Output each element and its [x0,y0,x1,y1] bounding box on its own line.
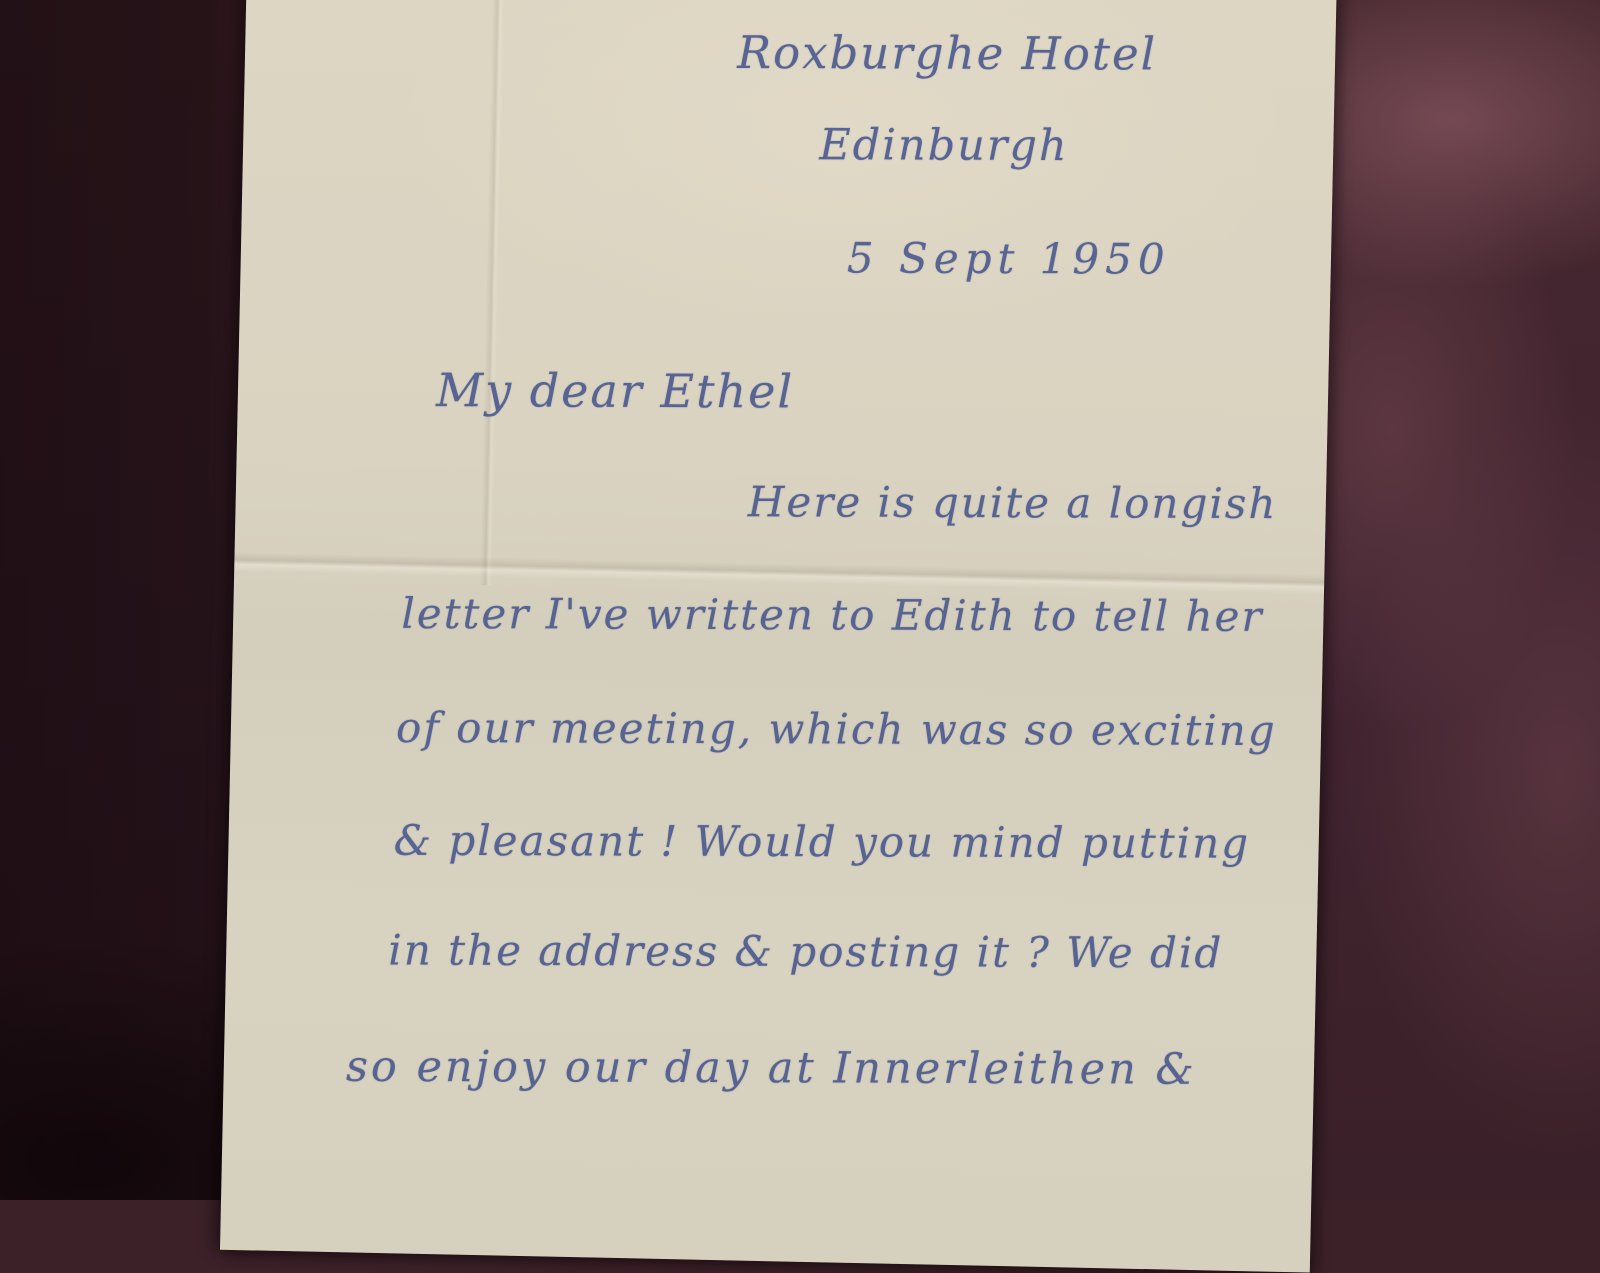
letter-body-line-3: of our meeting, which was so exciting [396,703,1277,755]
letterhead-hotel-name: Roxburghe Hotel [737,26,1157,80]
letter-paper: Roxburghe Hotel Edinburgh 5 Sept 1950 My… [220,0,1337,1200]
letter-body-line-5: in the address & posting it ? We did [388,925,1223,977]
vertical-fold-crease [480,0,505,585]
horizontal-fold-crease [234,552,1324,595]
letter-date: 5 Sept 1950 [847,233,1171,283]
letter-salutation: My dear Ethel [436,363,794,418]
letterhead-city: Edinburgh [819,120,1069,171]
letter-body-line-6: so enjoy our day at Innerleithen & [346,1042,1197,1095]
letter-body-line-4: & pleasant ! Would you mind putting [394,816,1251,868]
letter-body-line-1: Here is quite a longish [748,477,1278,528]
letter-body-line-2: letter I've written to Edith to tell her [401,589,1263,641]
